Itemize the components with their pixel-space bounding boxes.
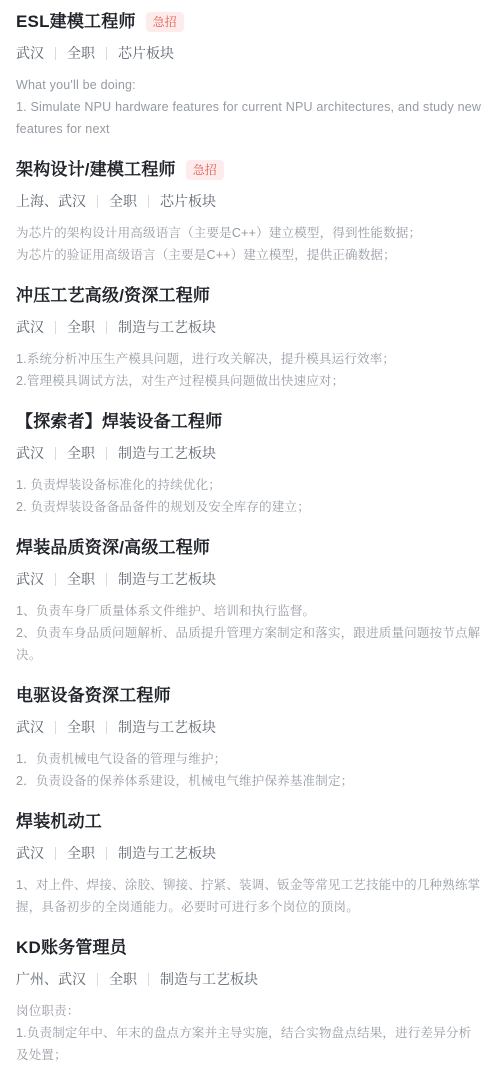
separator [55,847,56,860]
job-description: 1、对上件、焊接、涂胶、铆接、拧紧、装调、钣金等常见工艺技能中的几种熟练掌握，具… [16,874,484,918]
job-description-line: 岗位职责： [16,1000,484,1022]
job-description: 1．负责机械电气设备的管理与维护；2．负责设备的保养体系建设，机械电气维护保养基… [16,748,484,792]
job-description-line: 2.管理模具调试方法，对生产过程模具问题做出快速应对； [16,370,484,392]
separator [55,573,56,586]
job-meta: 广州、武汉 全职 制造与工艺板块 [16,969,484,989]
job-location: 武汉 [16,443,44,463]
job-list: ESL建模工程师 急招 武汉 全职 芯片板块 What you'll be do… [0,0,500,1066]
job-card[interactable]: 【探索者】焊装设备工程师 武汉 全职 制造与工艺板块 1. 负责焊装设备标准化的… [16,410,484,518]
job-card[interactable]: ESL建模工程师 急招 武汉 全职 芯片板块 What you'll be do… [16,10,484,140]
job-meta: 武汉 全职 制造与工艺板块 [16,443,484,463]
job-description-line: 2. 负责焊装设备备品备件的规划及安全库存的建立； [16,496,484,518]
job-location: 武汉 [16,843,44,863]
job-title-row: KD账务管理员 [16,936,484,960]
job-location: 广州、武汉 [16,969,86,989]
job-card[interactable]: 焊装机动工 武汉 全职 制造与工艺板块 1、对上件、焊接、涂胶、铆接、拧紧、装调… [16,810,484,918]
separator [106,447,107,460]
separator [55,721,56,734]
job-employment-type: 全职 [67,43,95,63]
separator [148,195,149,208]
job-department: 芯片板块 [118,43,174,63]
job-title-link[interactable]: 电驱设备资深工程师 [16,684,171,708]
job-title-link[interactable]: 【探索者】焊装设备工程师 [16,410,222,434]
job-description-line: 1. Simulate NPU hardware features for cu… [16,96,484,140]
job-title-row: 电驱设备资深工程师 [16,684,484,708]
job-title-row: 焊装机动工 [16,810,484,834]
job-description-line: 1. 负责焊装设备标准化的持续优化； [16,474,484,496]
job-location: 武汉 [16,569,44,589]
job-employment-type: 全职 [67,843,95,863]
job-description: 1. 负责焊装设备标准化的持续优化；2. 负责焊装设备备品备件的规划及安全库存的… [16,474,484,518]
job-employment-type: 全职 [109,969,137,989]
job-description: 1、负责车身厂质量体系文件维护、培训和执行监督。2、负责车身品质问题解析、品质提… [16,600,484,666]
job-description-line: What you'll be doing: [16,74,484,96]
job-title-link[interactable]: KD账务管理员 [16,936,127,960]
separator [106,721,107,734]
job-title-row: ESL建模工程师 急招 [16,10,484,34]
job-card[interactable]: 焊装品质资深/高级工程师 武汉 全职 制造与工艺板块 1、负责车身厂质量体系文件… [16,536,484,666]
job-description: 为芯片的架构设计用高级语言（主要是C++）建立模型，得到性能数据；为芯片的验证用… [16,222,484,266]
separator [97,973,98,986]
job-title-row: 【探索者】焊装设备工程师 [16,410,484,434]
job-department: 制造与工艺板块 [118,717,216,737]
job-department: 制造与工艺板块 [118,843,216,863]
job-title-link[interactable]: 焊装机动工 [16,810,102,834]
job-description-line: 为芯片的验证用高级语言（主要是C++）建立模型，提供正确数据； [16,244,484,266]
job-employment-type: 全职 [67,717,95,737]
separator [55,47,56,60]
job-card[interactable]: 电驱设备资深工程师 武汉 全职 制造与工艺板块 1．负责机械电气设备的管理与维护… [16,684,484,792]
job-description: What you'll be doing:1. Simulate NPU har… [16,74,484,140]
urgent-badge: 急招 [146,12,184,32]
separator [106,847,107,860]
job-meta: 武汉 全职 芯片板块 [16,43,484,63]
urgent-badge: 急招 [186,160,224,180]
separator [106,321,107,334]
job-employment-type: 全职 [67,569,95,589]
job-description-line: 为芯片的架构设计用高级语言（主要是C++）建立模型，得到性能数据； [16,222,484,244]
job-employment-type: 全职 [67,317,95,337]
job-employment-type: 全职 [109,191,137,211]
separator [106,573,107,586]
job-description-line: 1、负责车身厂质量体系文件维护、培训和执行监督。 [16,600,484,622]
job-title-row: 架构设计/建模工程师 急招 [16,158,484,182]
separator [55,447,56,460]
job-location: 武汉 [16,317,44,337]
job-department: 制造与工艺板块 [118,569,216,589]
job-meta: 上海、武汉 全职 芯片板块 [16,191,484,211]
job-description: 1.系统分析冲压生产模具问题，进行攻关解决，提升模具运行效率；2.管理模具调试方… [16,348,484,392]
job-card[interactable]: KD账务管理员 广州、武汉 全职 制造与工艺板块 岗位职责：1.负责制定年中、年… [16,936,484,1066]
job-meta: 武汉 全职 制造与工艺板块 [16,717,484,737]
job-meta: 武汉 全职 制造与工艺板块 [16,569,484,589]
job-description-line: 1.负责制定年中、年末的盘点方案并主导实施，结合实物盘点结果，进行差异分析及处置… [16,1022,484,1066]
job-title-link[interactable]: 焊装品质资深/高级工程师 [16,536,210,560]
separator [55,321,56,334]
job-description-line: 1、对上件、焊接、涂胶、铆接、拧紧、装调、钣金等常见工艺技能中的几种熟练掌握，具… [16,874,484,918]
separator [97,195,98,208]
job-department: 芯片板块 [160,191,216,211]
job-description-line: 2、负责车身品质问题解析、品质提升管理方案制定和落实，跟进质量问题按节点解决。 [16,622,484,666]
job-description-line: 2．负责设备的保养体系建设，机械电气维护保养基准制定； [16,770,484,792]
job-title-link[interactable]: ESL建模工程师 [16,10,136,34]
job-card[interactable]: 冲压工艺高级/资深工程师 武汉 全职 制造与工艺板块 1.系统分析冲压生产模具问… [16,284,484,392]
job-title-link[interactable]: 冲压工艺高级/资深工程师 [16,284,210,308]
job-location: 武汉 [16,717,44,737]
job-department: 制造与工艺板块 [160,969,258,989]
job-department: 制造与工艺板块 [118,317,216,337]
job-description-line: 1.系统分析冲压生产模具问题，进行攻关解决，提升模具运行效率； [16,348,484,370]
job-meta: 武汉 全职 制造与工艺板块 [16,317,484,337]
job-title-link[interactable]: 架构设计/建模工程师 [16,158,176,182]
job-employment-type: 全职 [67,443,95,463]
separator [106,47,107,60]
separator [148,973,149,986]
job-title-row: 焊装品质资深/高级工程师 [16,536,484,560]
job-card[interactable]: 架构设计/建模工程师 急招 上海、武汉 全职 芯片板块 为芯片的架构设计用高级语… [16,158,484,266]
job-location: 武汉 [16,43,44,63]
job-meta: 武汉 全职 制造与工艺板块 [16,843,484,863]
job-title-row: 冲压工艺高级/资深工程师 [16,284,484,308]
job-description-line: 1．负责机械电气设备的管理与维护； [16,748,484,770]
job-department: 制造与工艺板块 [118,443,216,463]
job-location: 上海、武汉 [16,191,86,211]
job-description: 岗位职责：1.负责制定年中、年末的盘点方案并主导实施，结合实物盘点结果，进行差异… [16,1000,484,1066]
